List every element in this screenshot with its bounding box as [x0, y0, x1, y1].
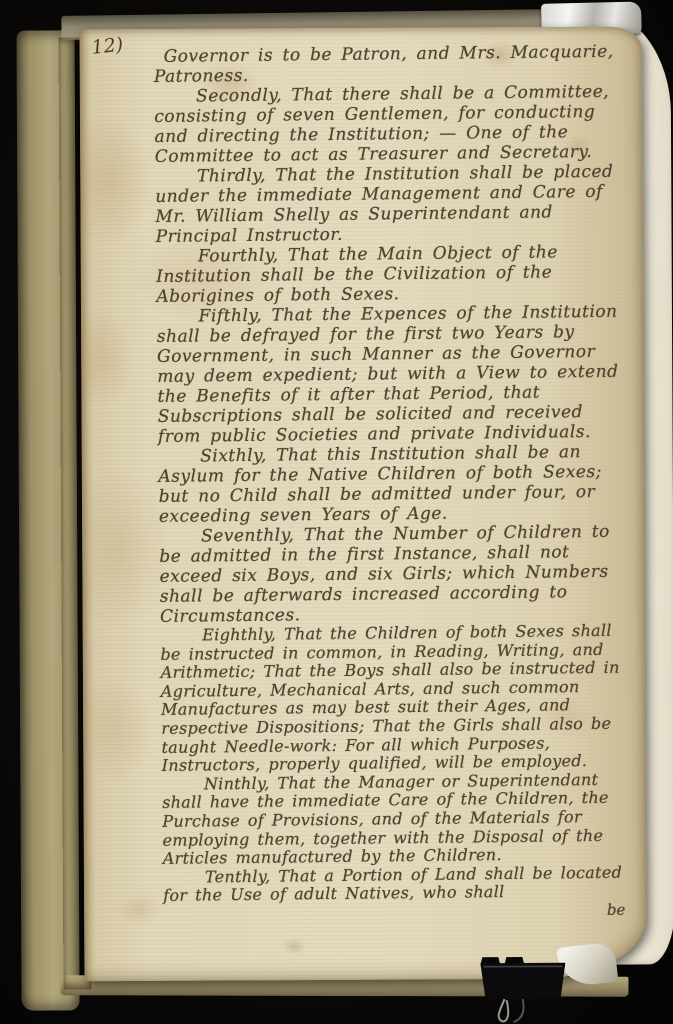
paragraph-eighthly: Eighthly, That the Children of both Sexe…: [160, 622, 628, 776]
page-number: 12): [90, 34, 124, 59]
binder-clip: [474, 955, 570, 1024]
paragraph-seventhly: Seventhly, That the Number of Children t…: [159, 522, 626, 627]
paragraph-tenthly: Tenthly, That a Portion of Land shall be…: [163, 863, 629, 905]
clip-wire-handle-dark: [514, 999, 524, 1022]
paragraph-fourthly: Fourthly, That the Main Object of the In…: [156, 242, 623, 307]
paragraph-fifthly: Fifthly, That the Expences of the Instit…: [157, 302, 625, 447]
clip-wire-handle: [499, 999, 509, 1021]
paragraph-thirdly: Thirdly, That the Institution shall be p…: [155, 162, 622, 247]
paragraph-ninthly: Ninthly, That the Manager or Superintend…: [162, 770, 629, 868]
manuscript-page: 12) Governor is to be Patron, and Mrs. M…: [79, 26, 646, 981]
paragraph-sixthly: Sixthly, That this Institution shall be …: [158, 442, 625, 527]
paragraph-continuation: Governor is to be Patron, and Mrs. Macqu…: [154, 42, 620, 87]
manuscript-text: Governor is to be Patron, and Mrs. Macqu…: [154, 42, 630, 924]
paragraph-secondly: Secondly, That there shall be a Committe…: [154, 82, 621, 167]
photograph-backdrop: 12) Governor is to be Patron, and Mrs. M…: [0, 0, 673, 1024]
manuscript-book: 12) Governor is to be Patron, and Mrs. M…: [0, 0, 673, 1024]
